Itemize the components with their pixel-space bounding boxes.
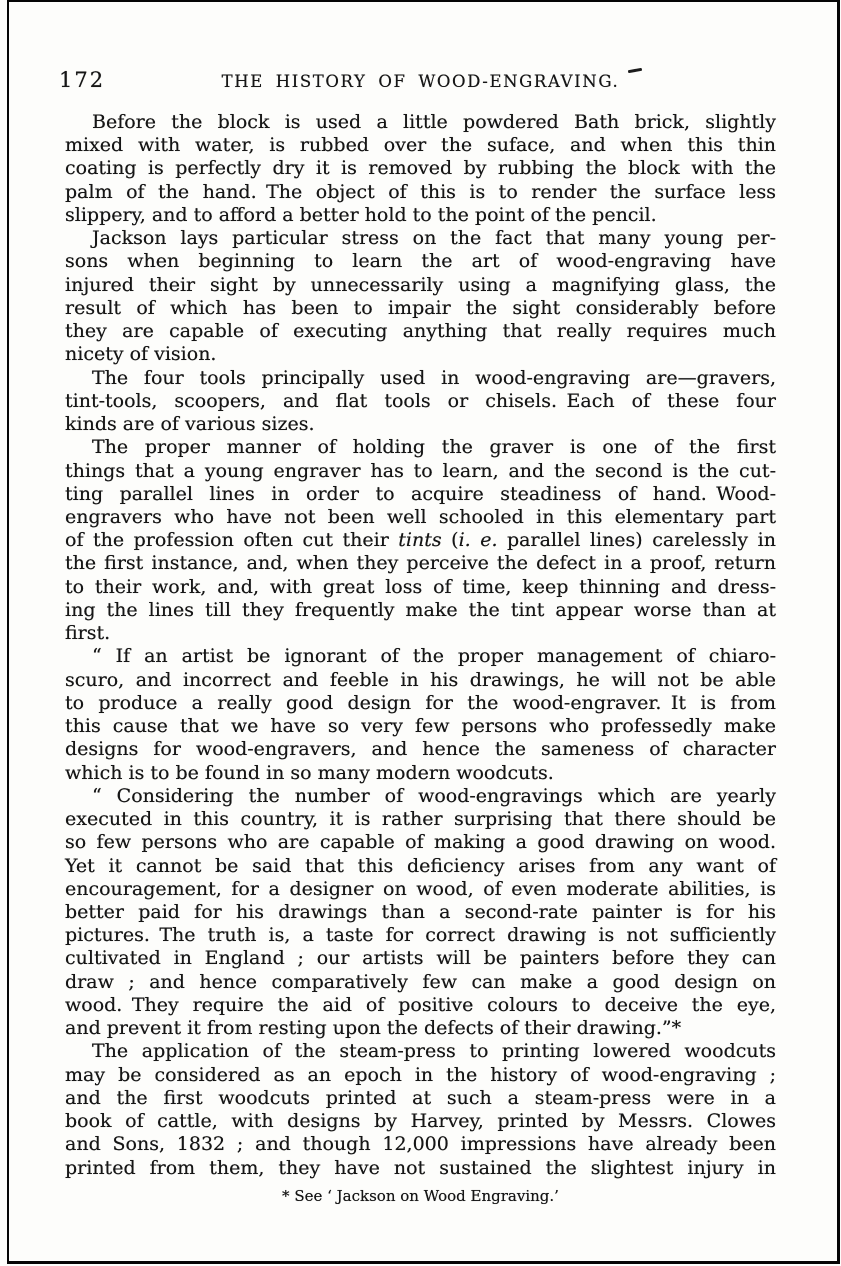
text-line: designs for wood-engravers, and hence th…	[65, 738, 776, 761]
page-header: 172 THE HISTORY OF WOOD-ENGRAVING.	[65, 70, 776, 96]
text-line: injured their sight by unnecessarily usi…	[65, 274, 776, 297]
text-line: the first instance, and, when they perce…	[65, 552, 776, 575]
italic-text: i. e.	[459, 529, 498, 551]
text-line: Jackson lays particular stress on the fa…	[65, 227, 776, 250]
text-line: mixed with water, is rubbed over the suf…	[65, 134, 776, 157]
text-line: tint-tools, scoopers, and flat tools or …	[65, 390, 776, 413]
text-line: result of which has been to impair the s…	[65, 297, 776, 320]
text-line: “ Considering the number of wood-engravi…	[65, 785, 776, 808]
text-line: slippery, and to afford a better hold to…	[65, 204, 776, 227]
plain-text: of the profession often cut their	[65, 529, 398, 551]
text-line: to their work, and, with great loss of t…	[65, 576, 776, 599]
text-line: Yet it cannot be said that this deficien…	[65, 855, 776, 878]
text-line: “ If an artist be ignorant of the proper…	[65, 645, 776, 668]
text-line: nicety of vision.	[65, 343, 776, 366]
text-line: better paid for his drawings than a seco…	[65, 901, 776, 924]
paragraph-1: Before the block is used a little powder…	[65, 111, 776, 227]
text-line: ting parallel lines in order to acquire …	[65, 483, 776, 506]
text-line: this cause that we have so very few pers…	[65, 715, 776, 738]
text-line: scuro, and incorrect and feeble in his d…	[65, 669, 776, 692]
text-line: and the first woodcuts printed at such a…	[65, 1087, 776, 1110]
footnote: * See ‘ Jackson on Wood Engraving.’	[65, 1187, 776, 1206]
text-line: cultivated in England ; our artists will…	[65, 947, 776, 970]
paragraph-4: The proper manner of holding the graver …	[65, 436, 776, 645]
paragraph-3: The four tools principally used in wood-…	[65, 367, 776, 437]
text-line: they are capable of executing anything t…	[65, 320, 776, 343]
text-line: printed from them, they have not sustain…	[65, 1157, 776, 1180]
text-line: coating is perfectly dry it is removed b…	[65, 157, 776, 180]
text-line: encouragement, for a designer on wood, o…	[65, 878, 776, 901]
text-line: ing the lines till they frequently make …	[65, 599, 776, 622]
text-line: engravers who have not been well schoole…	[65, 506, 776, 529]
paragraph-6: “ Considering the number of wood-engravi…	[65, 785, 776, 1041]
text-line: things that a young engraver has to lear…	[65, 460, 776, 483]
running-title: THE HISTORY OF WOOD-ENGRAVING.	[65, 70, 776, 91]
italic-text: tints	[398, 529, 441, 551]
text-line: pictures. The truth is, a taste for corr…	[65, 924, 776, 947]
text-line: first.	[65, 622, 776, 645]
paragraph-7: The application of the steam-press to pr…	[65, 1040, 776, 1179]
plain-text: parallel lines) carelessly in	[498, 529, 777, 551]
text-line: draw ; and hence comparatively few can m…	[65, 971, 776, 994]
text-line: The four tools principally used in wood-…	[65, 367, 776, 390]
text-line: so few persons who are capable of making…	[65, 831, 776, 854]
text-line-italic-mix: of the profession often cut their tints …	[65, 529, 776, 552]
body-text: Before the block is used a little powder…	[65, 111, 776, 1206]
text-line: The proper manner of holding the graver …	[65, 436, 776, 459]
text-line: palm of the hand. The object of this is …	[65, 181, 776, 204]
page-number: 172	[59, 68, 105, 92]
book-page: 172 THE HISTORY OF WOOD-ENGRAVING. Befor…	[0, 0, 841, 1266]
text-line: The application of the steam-press to pr…	[65, 1040, 776, 1063]
text-line: Before the block is used a little powder…	[65, 111, 776, 134]
plain-text: (	[442, 529, 459, 551]
text-line: and prevent it from resting upon the def…	[65, 1017, 776, 1040]
text-line: may be considered as an epoch in the his…	[65, 1064, 776, 1087]
text-line: to produce a really good design for the …	[65, 692, 776, 715]
text-line: wood. They require the aid of positive c…	[65, 994, 776, 1017]
text-line: and Sons, 1832 ; and though 12,000 impre…	[65, 1133, 776, 1156]
text-line: book of cattle, with designs by Harvey, …	[65, 1110, 776, 1133]
text-line: sons when beginning to learn the art of …	[65, 250, 776, 273]
paragraph-2: Jackson lays particular stress on the fa…	[65, 227, 776, 366]
text-line: which is to be found in so many modern w…	[65, 762, 776, 785]
paragraph-5: “ If an artist be ignorant of the proper…	[65, 645, 776, 784]
text-line: kinds are of various sizes.	[65, 413, 776, 436]
text-line: executed in this country, it is rather s…	[65, 808, 776, 831]
